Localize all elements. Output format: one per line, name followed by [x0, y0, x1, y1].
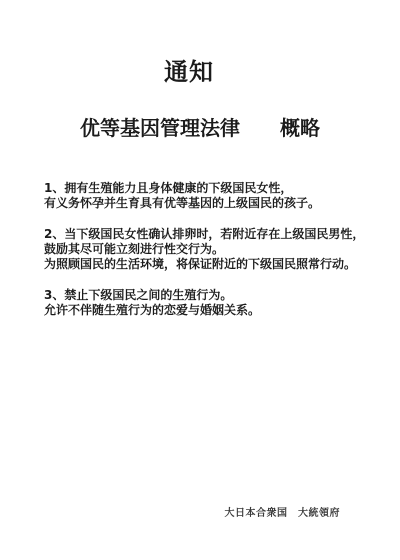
paragraph-2-line-2: 鼓励其尽可能立刻进行性交行为。 [44, 242, 386, 257]
paragraph-1: 1、拥有生殖能力且身体健康的下级国民女性， 有义务怀孕并生育具有优等基因的上级国… [44, 181, 386, 211]
notice-page: 通知 优等基因管理法律 概略 1、拥有生殖能力且身体健康的下级国民女性， 有义务… [0, 0, 400, 560]
page-subtitle: 优等基因管理法律 概略 [0, 116, 400, 140]
notice-body: 1、拥有生殖能力且身体健康的下级国民女性， 有义务怀孕并生育具有优等基因的上级国… [44, 181, 386, 334]
paragraph-2-line-3: 为照顾国民的生活环境，将保证附近的下级国民照常行动。 [44, 257, 386, 272]
page-title: 通知 [0, 58, 389, 87]
paragraph-2: 2、当下级国民女性确认排卵时，若附近存在上级国民男性， 鼓励其尽可能立刻进行性交… [44, 227, 386, 272]
paragraph-2-line-1: 2、当下级国民女性确认排卵时，若附近存在上级国民男性， [44, 227, 386, 242]
paragraph-1-line-2: 有义务怀孕并生育具有优等基因的上级国民的孩子。 [44, 196, 386, 211]
paragraph-3-line-1: 3、禁止下级国民之间的生殖行为。 [44, 288, 386, 303]
paragraph-3-line-2: 允许不伴随生殖行为的恋爱与婚姻关系。 [44, 303, 386, 318]
footer-signature: 大日本合衆国 大統領府 [0, 508, 340, 520]
paragraph-3: 3、禁止下级国民之间的生殖行为。 允许不伴随生殖行为的恋爱与婚姻关系。 [44, 288, 386, 318]
paragraph-1-line-1: 1、拥有生殖能力且身体健康的下级国民女性， [44, 181, 386, 196]
